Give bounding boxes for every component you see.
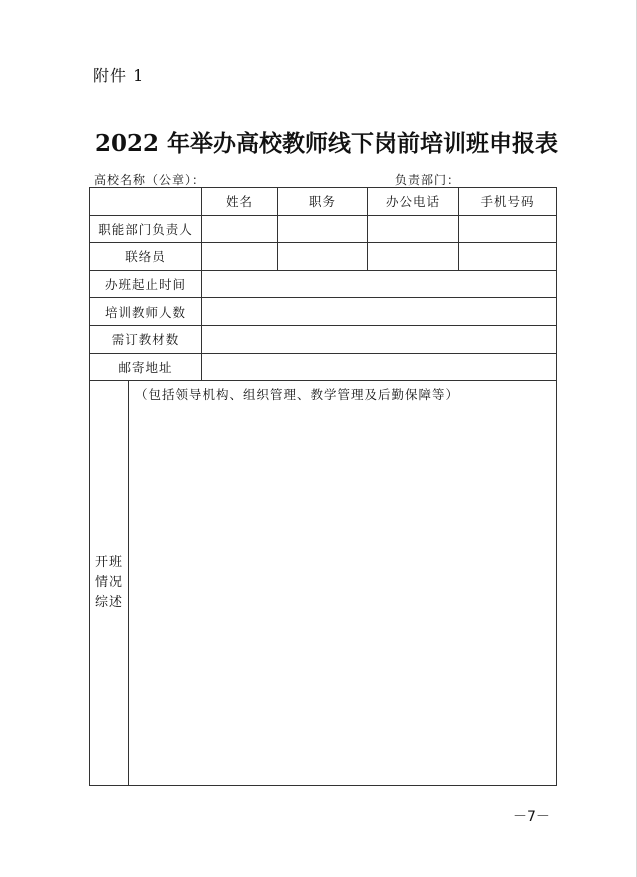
header-cell-mobile: 手机号码 bbox=[459, 188, 557, 216]
attachment-label: 附件 1 bbox=[93, 63, 144, 86]
summary-hint: （包括领导机构、组织管理、教学管理及后勤保障等） bbox=[135, 387, 459, 402]
row-label-textbook-count: 需订教材数 bbox=[90, 325, 202, 353]
row-label-summary: 开班 情况 综述 bbox=[90, 381, 129, 786]
page-title: 2022 年举办高校教师线下岗前培训班申报表 bbox=[95, 125, 555, 158]
application-form-table: 姓名 职务 办公电话 手机号码 职能部门负责人 联络员 办班起止时间 培训教师人… bbox=[89, 187, 557, 786]
liaison-name-field[interactable] bbox=[202, 243, 278, 271]
table-row-training-period: 办班起止时间 bbox=[90, 270, 557, 298]
liaison-mobile-field[interactable] bbox=[459, 243, 557, 271]
textbook-count-field[interactable] bbox=[202, 325, 557, 353]
row-label-mailing-address: 邮寄地址 bbox=[90, 353, 202, 381]
header-cell-name: 姓名 bbox=[202, 188, 278, 216]
teacher-count-field[interactable] bbox=[202, 298, 557, 326]
table-row-textbook-count: 需订教材数 bbox=[90, 325, 557, 353]
summary-field[interactable]: （包括领导机构、组织管理、教学管理及后勤保障等） bbox=[129, 381, 557, 786]
header-cell-office-phone: 办公电话 bbox=[368, 188, 459, 216]
summary-label-line: 开班 bbox=[95, 553, 128, 573]
liaison-office-phone-field[interactable] bbox=[368, 243, 459, 271]
row-label-training-period: 办班起止时间 bbox=[90, 270, 202, 298]
row-label-department-head: 职能部门负责人 bbox=[90, 215, 202, 243]
table-row-liaison: 联络员 bbox=[90, 243, 557, 271]
department-head-mobile-field[interactable] bbox=[459, 215, 557, 243]
liaison-position-field[interactable] bbox=[278, 243, 368, 271]
summary-label-line: 情况 bbox=[95, 573, 128, 593]
table-row-mailing-address: 邮寄地址 bbox=[90, 353, 557, 381]
table-row-summary: 开班 情况 综述 （包括领导机构、组织管理、教学管理及后勤保障等） bbox=[90, 381, 557, 786]
summary-label-line: 综述 bbox=[95, 593, 128, 613]
department-head-position-field[interactable] bbox=[278, 215, 368, 243]
table-row-department-head: 职能部门负责人 bbox=[90, 215, 557, 243]
department-head-office-phone-field[interactable] bbox=[368, 215, 459, 243]
header-cell-position: 职务 bbox=[278, 188, 368, 216]
department-head-name-field[interactable] bbox=[202, 215, 278, 243]
training-period-field[interactable] bbox=[202, 270, 557, 298]
row-label-teacher-count: 培训教师人数 bbox=[90, 298, 202, 326]
department-label: 负责部门： bbox=[395, 171, 460, 188]
table-row-teacher-count: 培训教师人数 bbox=[90, 298, 557, 326]
mailing-address-field[interactable] bbox=[202, 353, 557, 381]
page-number: －7－ bbox=[513, 806, 550, 826]
table-header-row: 姓名 职务 办公电话 手机号码 bbox=[90, 188, 557, 216]
header-cell-empty bbox=[90, 188, 202, 216]
row-label-liaison: 联络员 bbox=[90, 243, 202, 271]
school-name-label: 高校名称（公章）： bbox=[94, 171, 205, 188]
